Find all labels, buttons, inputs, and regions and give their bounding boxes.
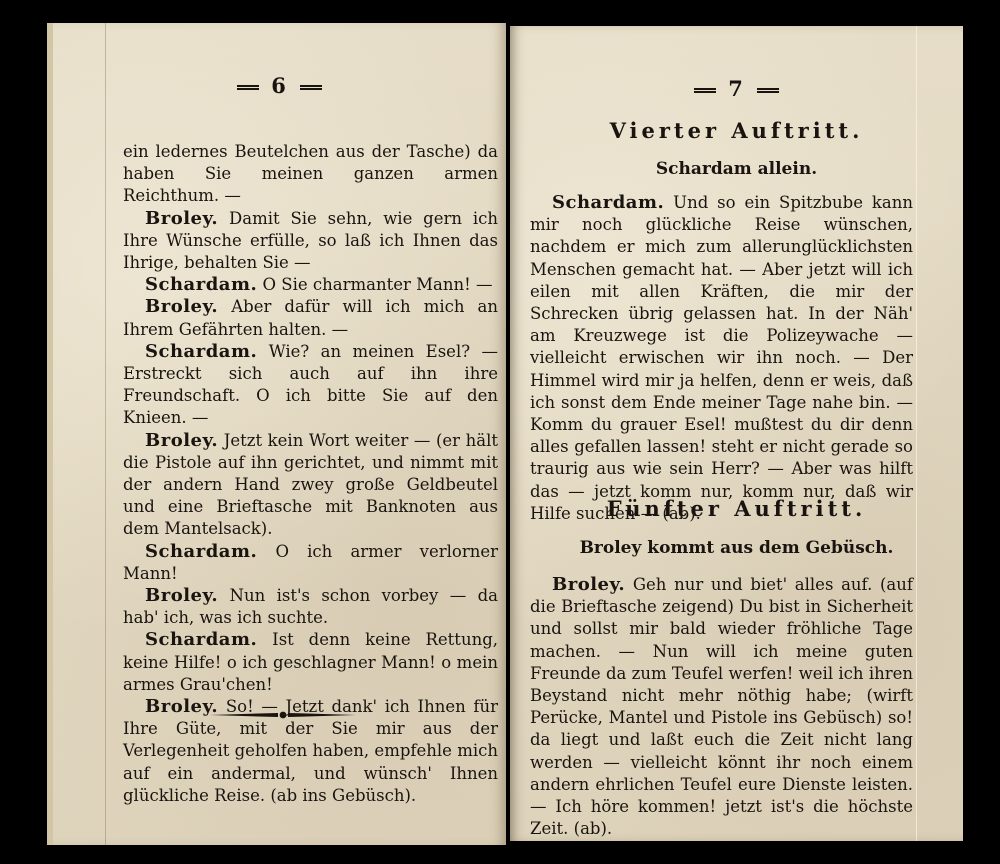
paragraph: Broley. Geh nur und biet' alles auf. (au… — [530, 574, 913, 840]
speaker-name: Broley. — [552, 574, 625, 595]
paragraph: Schardam. Wie? an meinen Esel? — Erstrec… — [123, 341, 498, 430]
paragraph: Broley. Aber dafür will ich mich an Ihre… — [123, 296, 498, 340]
scene-heading-4: Vierter Auftritt. — [510, 118, 963, 143]
paragraph: Schardam. O ich armer verlorner Mann! — [123, 541, 498, 585]
left-page: 6 ein ledernes Beutelchen aus der Tasche… — [47, 23, 506, 845]
scene-subtitle-5: Broley kommt aus dem Gebüsch. — [510, 538, 963, 558]
left-page-body: ein ledernes Beutelchen aus der Tasche) … — [123, 141, 498, 807]
paragraph: Broley. Damit Sie sehn, wie gern ich Ihr… — [123, 208, 498, 275]
speaker-name: Schardam. — [145, 629, 257, 650]
paragraph: Broley. Jetzt kein Wort weiter — (er häl… — [123, 430, 498, 541]
page-fold-line — [105, 23, 106, 845]
scene-subtitle-4: Schardam allein. — [510, 159, 963, 179]
page-number-6: 6 — [53, 73, 506, 98]
page-fold-line — [916, 26, 917, 841]
paragraph: Schardam. O Sie charmanter Mann! — — [123, 274, 498, 296]
ornament-rule-icon — [208, 711, 358, 719]
speaker-name: Schardam. — [552, 192, 664, 213]
paragraph: Broley. Nun ist's schon vorbey — da hab'… — [123, 585, 498, 629]
scene-4-body: Schardam. Und so ein Spitzbube kann mir … — [530, 192, 913, 525]
page-number-7: 7 — [510, 76, 963, 101]
speaker-name: Schardam. — [145, 274, 257, 295]
folio-dash-right — [757, 88, 779, 93]
paragraph: Schardam. Und so ein Spitzbube kann mir … — [530, 192, 913, 525]
speaker-name: Schardam. — [145, 541, 257, 562]
speaker-name: Broley. — [145, 585, 218, 606]
folio-dash-left — [694, 88, 716, 93]
folio-dash-right — [300, 85, 322, 90]
speaker-name: Broley. — [145, 296, 218, 317]
paragraph: Schardam. Ist denn keine Rettung, keine … — [123, 629, 498, 696]
right-page: 7 Vierter Auftritt. Schardam allein. Sch… — [510, 26, 963, 841]
scene-5-body: Broley. Geh nur und biet' alles auf. (au… — [530, 574, 913, 840]
speaker-name: Broley. — [145, 208, 218, 229]
folio-dash-left — [237, 85, 259, 90]
scene-heading-5: Fünfter Auftritt. — [510, 496, 963, 521]
paragraph: ein ledernes Beutelchen aus der Tasche) … — [123, 141, 498, 208]
speaker-name: Schardam. — [145, 341, 257, 362]
speaker-name: Broley. — [145, 430, 218, 451]
